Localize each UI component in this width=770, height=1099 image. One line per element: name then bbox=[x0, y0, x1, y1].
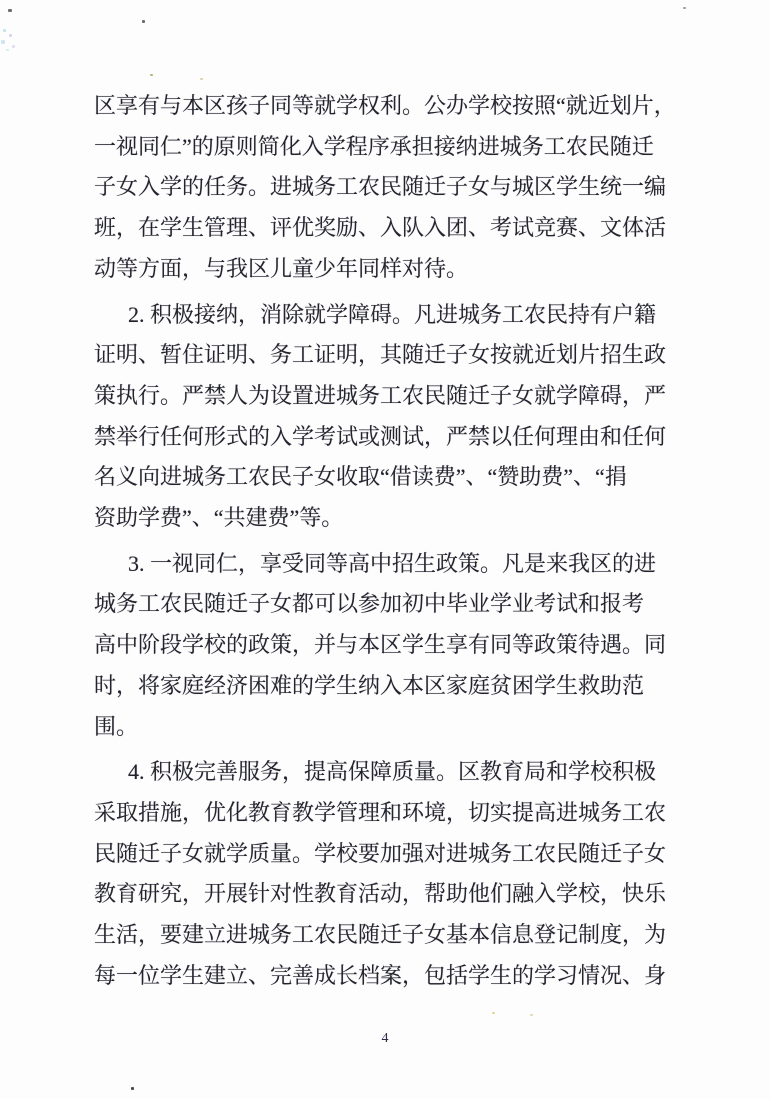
scan-speck bbox=[142, 20, 145, 23]
scan-speck bbox=[6, 49, 9, 51]
text-line: 城务工农民随迁子女都可以参加初中毕业学业考试和报考 bbox=[94, 584, 674, 625]
scan-speck bbox=[8, 9, 12, 12]
text-line: 生活，要建立进城务工农民随迁子女基本信息登记制度，为 bbox=[94, 915, 674, 956]
text-line: 策执行。严禁人为设置进城务工农民随迁子女就学障碍，严 bbox=[94, 376, 674, 417]
document-body: 区享有与本区孩子同等就学权利。公办学校按照“就近划片，一视同仁”的原则简化入学程… bbox=[94, 86, 674, 1001]
scan-speck bbox=[683, 7, 686, 9]
text-line: 名义向进城务工农民子女收取“借读费”、“赞助费”、“捐 bbox=[94, 457, 674, 498]
paragraph: 3. 一视同仁，享受同等高中招生政策。凡是来我区的进城务工农民随迁子女都可以参加… bbox=[94, 544, 674, 748]
scan-speck bbox=[1, 40, 5, 44]
scan-speck bbox=[12, 45, 15, 48]
scan-speck bbox=[150, 74, 153, 76]
text-line: 一视同仁”的原则简化入学程序承担接纳进城务工农民随迁 bbox=[94, 127, 674, 168]
scan-speck bbox=[492, 1012, 495, 1014]
scan-speck bbox=[3, 29, 6, 32]
text-line: 3. 一视同仁，享受同等高中招生政策。凡是来我区的进 bbox=[94, 544, 674, 585]
text-line: 民随迁子女就学质量。学校要加强对进城务工农民随迁子女 bbox=[94, 834, 674, 875]
text-line: 教育研究，开展针对性教育活动，帮助他们融入学校，快乐 bbox=[94, 874, 674, 915]
text-line: 2. 积极接纳，消除就学障碍。凡进城务工农民持有户籍 bbox=[94, 295, 674, 336]
text-line: 围。 bbox=[94, 707, 674, 748]
text-line: 班，在学生管理、评优奖励、入队入团、考试竞赛、文体活 bbox=[94, 208, 674, 249]
text-line: 证明、暂住证明、务工证明，其随迁子女按就近划片招生政 bbox=[94, 335, 674, 376]
text-line: 子女入学的任务。进城务工农民随迁子女与城区学生统一编 bbox=[94, 167, 674, 208]
scan-speck bbox=[530, 1014, 533, 1016]
paragraph: 2. 积极接纳，消除就学障碍。凡进城务工农民持有户籍证明、暂住证明、务工证明，其… bbox=[94, 295, 674, 539]
text-line: 动等方面，与我区儿童少年同样对待。 bbox=[94, 249, 674, 290]
text-line: 时，将家庭经济困难的学生纳入本区家庭贫困学生救助范 bbox=[94, 666, 674, 707]
document-page: 区享有与本区孩子同等就学权利。公办学校按照“就近划片，一视同仁”的原则简化入学程… bbox=[0, 0, 770, 1099]
paragraph: 区享有与本区孩子同等就学权利。公办学校按照“就近划片，一视同仁”的原则简化入学程… bbox=[94, 86, 674, 290]
text-line: 资助学费”、“共建费”等。 bbox=[94, 498, 674, 539]
text-line: 区享有与本区孩子同等就学权利。公办学校按照“就近划片， bbox=[94, 86, 674, 127]
paragraph: 4. 积极完善服务，提高保障质量。区教育局和学校积极采取措施，优化教育教学管理和… bbox=[94, 752, 674, 996]
text-line: 高中阶段学校的政策，并与本区学生享有同等政策待遇。同 bbox=[94, 625, 674, 666]
scan-speck bbox=[200, 78, 203, 80]
text-line: 4. 积极完善服务，提高保障质量。区教育局和学校积极 bbox=[94, 752, 674, 793]
scan-speck bbox=[9, 34, 12, 37]
scan-speck bbox=[131, 1087, 134, 1090]
text-line: 采取措施，优化教育教学管理和环境，切实提高进城务工农 bbox=[94, 793, 674, 834]
text-line: 每一位学生建立、完善成长档案，包括学生的学习情况、身 bbox=[94, 956, 674, 997]
page-number: 4 bbox=[0, 1031, 770, 1047]
text-line: 禁举行任何形式的入学考试或测试，严禁以任何理由和任何 bbox=[94, 417, 674, 458]
